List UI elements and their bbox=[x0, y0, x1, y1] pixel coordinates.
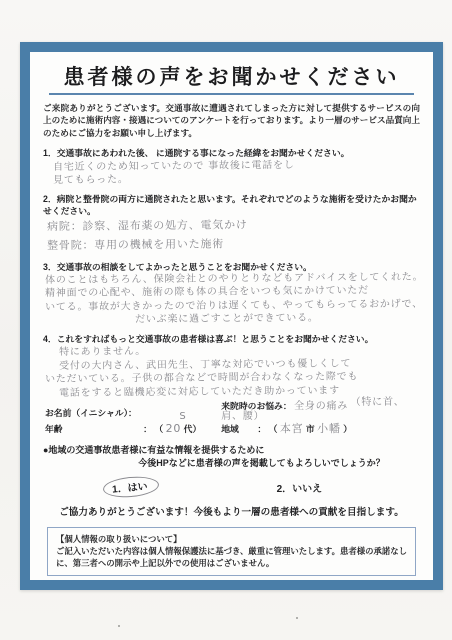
name-label: お名前（イニシャル） bbox=[45, 408, 128, 418]
closing-message: ご協力ありがとうございます！今後もより一層の患者様への貢献を目指します。 bbox=[43, 504, 420, 518]
document-frame: 患者様の声をお聞かせください ご来院ありがとうございます。交通事故に遭遇されてし… bbox=[20, 42, 443, 590]
scan-artifact-dot bbox=[118, 625, 120, 627]
question-1-answer: 自宅近くのため知っていたので 事故後に電話をし 見てもらった。 bbox=[53, 161, 420, 188]
consent-line-2: 今後HPなどに患者様の声を掲載してもよろしいでしょうか？ bbox=[43, 456, 420, 469]
question-2: 2．病院と整骨院の両方に通院されたと思います。それぞれでどのような施術を受けたか… bbox=[43, 193, 420, 256]
question-2-answer: 病院：診察、湿布薬の処方、電気かけ 整骨院：専用の機械を用いた施術 bbox=[47, 218, 420, 255]
area-field: 地域 ： （ 本宮 市 小幡 ） bbox=[221, 422, 420, 437]
privacy-body: ご記入いただいた内容は個人情報保護法に基づき、厳重に管理いたします。患者様の承諾… bbox=[56, 545, 407, 569]
age-field: 年齢 ： （ 20 代） bbox=[45, 422, 221, 437]
consent-section: ●地域の交通事故患者様に有益な情報を提供するために 今後HPなどに患者様の声を掲… bbox=[43, 443, 420, 497]
question-1: 1．交通事故にあわれた後、 に通院する事になった経緯をお聞かせください。 自宅近… bbox=[43, 147, 420, 187]
handwritten-line: だいぶ楽に過ごすことができている。 bbox=[45, 311, 420, 328]
question-3: 3．交通事故の相談をしてよかったと思うことをお聞かせください。 体のことはもちろ… bbox=[43, 261, 420, 328]
page-title: 患者様の声をお聞かせください bbox=[49, 61, 414, 95]
option-no: 2．いいえ bbox=[277, 480, 323, 495]
area-city-suffix: 市 bbox=[306, 424, 315, 434]
option-yes-circled: 1．はい bbox=[102, 475, 159, 500]
privacy-notice-box: 【個人情報の取り扱いについて】 ご記入いただいた内容は個人情報保護法に基づき、厳… bbox=[47, 527, 416, 575]
area-label: 地域 bbox=[221, 424, 239, 434]
question-2-heading: 2．病院と整骨院の両方に通院されたと思います。それぞれでどのような施術を受けたか… bbox=[43, 193, 420, 218]
area-city-handwritten: 本宮 bbox=[280, 422, 304, 435]
handwritten-line: 見てもらった。 bbox=[53, 171, 420, 188]
consent-line-1: ●地域の交通事故患者様に有益な情報を提供するために bbox=[43, 443, 420, 456]
scan-artifact-dot bbox=[296, 617, 298, 619]
age-value-handwritten: 20 bbox=[166, 422, 182, 435]
age-label: 年齢 bbox=[45, 424, 63, 434]
privacy-title: 【個人情報の取り扱いについて】 bbox=[56, 533, 407, 545]
document-body: 患者様の声をお聞かせください ご来院ありがとうございます。交通事故に遭遇されてし… bbox=[30, 52, 433, 580]
respondent-fields: お名前（イニシャル）： S 来院時のお悩み： 全身の痛み （特に首、肩、腰） 年… bbox=[45, 405, 420, 437]
complaint-label: 来院時のお悩み bbox=[221, 401, 283, 411]
area-town-handwritten: 小幡 bbox=[317, 422, 341, 435]
scanned-questionnaire: { "page": { "title": "患者様の声をお聞かせください", "… bbox=[0, 0, 452, 640]
handwritten-line: 整骨院：専用の機械を用いた施術 bbox=[47, 234, 420, 256]
question-3-answer: 体のことはもちろん、保険会社とのやりとりなどもアドバイスをしてくれた。 精神面で… bbox=[45, 274, 420, 328]
complaint-value-handwritten: 全身の痛み bbox=[294, 401, 348, 412]
question-4-answer: 特にありません。 受付の大内さん、武田先生、丁寧な対応でいつも優しくして いただ… bbox=[45, 346, 420, 400]
name-field: お名前（イニシャル）： S bbox=[45, 406, 221, 421]
name-value-handwritten: S bbox=[179, 411, 186, 422]
intro-paragraph: ご来院ありがとうございます。交通事故に遭遇されてしまった方に対して提供するサービ… bbox=[43, 102, 420, 139]
consent-options: 1．はい 2．いいえ bbox=[103, 477, 420, 497]
question-4: 4．これをすればもっと交通事故の患者様は喜ぶ！と思うことをお聞かせください。 特… bbox=[43, 333, 420, 400]
